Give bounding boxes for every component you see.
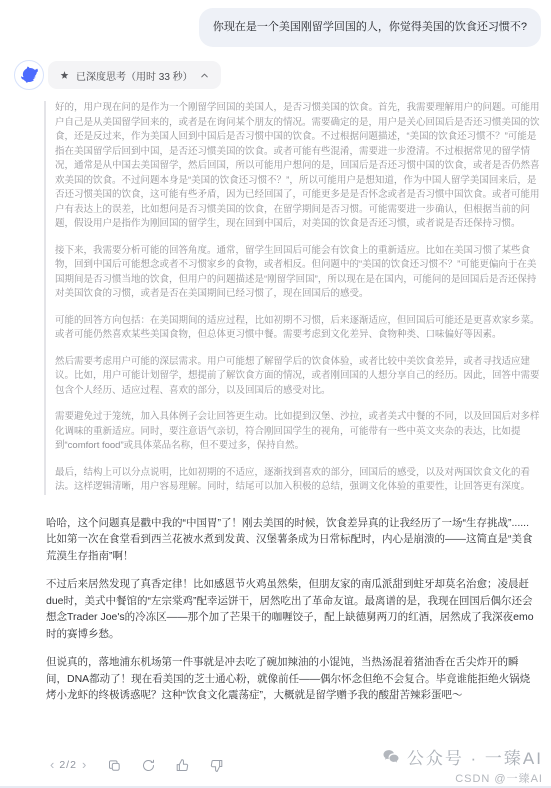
answer-paragraph: 但说真的，落地浦东机场第一件事就是冲去吃了碗加辣油的小馄饨，当热汤混着猪油香在舌… bbox=[46, 654, 539, 704]
wechat-icon bbox=[381, 747, 401, 767]
thinking-paragraph: 可能的回答方向包括：在美国期间的适应过程，比如初期不习惯，后来逐渐适应，但回国后… bbox=[55, 314, 541, 343]
thumbs-down-icon bbox=[209, 758, 224, 773]
user-message-bubble: 你现在是一个美国刚留学回国的人，你觉得美国的饮食还习惯不? bbox=[199, 8, 541, 47]
thinking-paragraph: 然后需要考虑用户可能的深层需求。用户可能想了解留学后的饮食体验，或者比较中美饮食… bbox=[55, 355, 541, 399]
thumbs-up-button[interactable] bbox=[175, 758, 190, 773]
deepseek-whale-icon bbox=[19, 65, 40, 86]
assistant-content: 已深度思考（用时 33 秒） 好的，用户现在问的是作为一个刚留学回国的美国人，是… bbox=[44, 60, 541, 704]
copy-button[interactable] bbox=[107, 758, 122, 773]
deep-think-toggle[interactable]: 已深度思考（用时 33 秒） bbox=[48, 61, 221, 89]
assistant-avatar bbox=[14, 60, 44, 90]
assistant-message-row: 已深度思考（用时 33 秒） 好的，用户现在问的是作为一个刚留学回国的美国人，是… bbox=[0, 47, 551, 704]
deep-think-icon bbox=[59, 70, 70, 81]
watermark: 公众号 · 一臻AI CSDN @一臻AI bbox=[381, 744, 543, 786]
answer-paragraph: 哈哈，这个问题真是戳中我的“中国胃”了！刚去美国的时候，饮食差异真的让我经历了一… bbox=[46, 515, 539, 565]
thumbs-up-icon bbox=[175, 758, 190, 773]
next-response-button[interactable]: › bbox=[80, 757, 88, 773]
regenerate-icon bbox=[141, 758, 156, 773]
response-pagination: 2/2 bbox=[59, 759, 77, 771]
thumbs-down-button[interactable] bbox=[209, 758, 224, 773]
prev-response-button[interactable]: ‹ bbox=[48, 757, 56, 773]
chevron-up-icon bbox=[199, 70, 210, 81]
answer-paragraph: 不过后来居然发现了真香定律！比如感恩节火鸡虽然柴，但朋友家的南瓜派甜到蛀牙却莫名… bbox=[46, 576, 539, 642]
thinking-paragraph: 好的，用户现在问的是作为一个刚留学回国的美国人，是否习惯美国的饮食。首先，我需要… bbox=[55, 101, 541, 232]
user-message-text: 你现在是一个美国刚留学回国的人，你觉得美国的饮食还习惯不? bbox=[213, 21, 527, 33]
thinking-block: 好的，用户现在问的是作为一个刚留学回国的美国人，是否习惯美国的饮食。首先，我需要… bbox=[44, 101, 541, 495]
user-message-row: 你现在是一个美国刚留学回国的人，你觉得美国的饮食还习惯不? bbox=[0, 0, 551, 47]
message-toolbar: ‹ 2/2 › bbox=[48, 757, 230, 773]
answer-block: 哈哈，这个问题真是戳中我的“中国胃”了！刚去美国的时候，饮食差异真的让我经历了一… bbox=[46, 515, 541, 704]
watermark-main: 公众号 · 一臻AI bbox=[381, 744, 543, 769]
thinking-paragraph: 最后，结构上可以分点说明，比如初期的不适应，逐渐找到喜欢的部分，回国后的感受，以… bbox=[55, 466, 541, 495]
deep-think-label: 已深度思考（用时 33 秒） bbox=[76, 68, 193, 83]
copy-icon bbox=[107, 758, 122, 773]
thinking-paragraph: 接下来，我需要分析可能的回答角度。通常，留学生回国后可能会有饮食上的重新适应。比… bbox=[55, 244, 541, 302]
regenerate-button[interactable] bbox=[141, 758, 156, 773]
watermark-text-main: 公众号 · 一臻AI bbox=[407, 744, 543, 769]
chat-window: 你现在是一个美国刚留学回国的人，你觉得美国的饮食还习惯不? 已深度思考（用时 3… bbox=[0, 0, 551, 788]
watermark-text-sub: CSDN @一臻AI bbox=[381, 770, 543, 786]
thinking-paragraph: 需要避免过于笼统，加入具体例子会让回答更生动。比如提到汉堡、沙拉，或者美式中餐的… bbox=[55, 410, 541, 454]
